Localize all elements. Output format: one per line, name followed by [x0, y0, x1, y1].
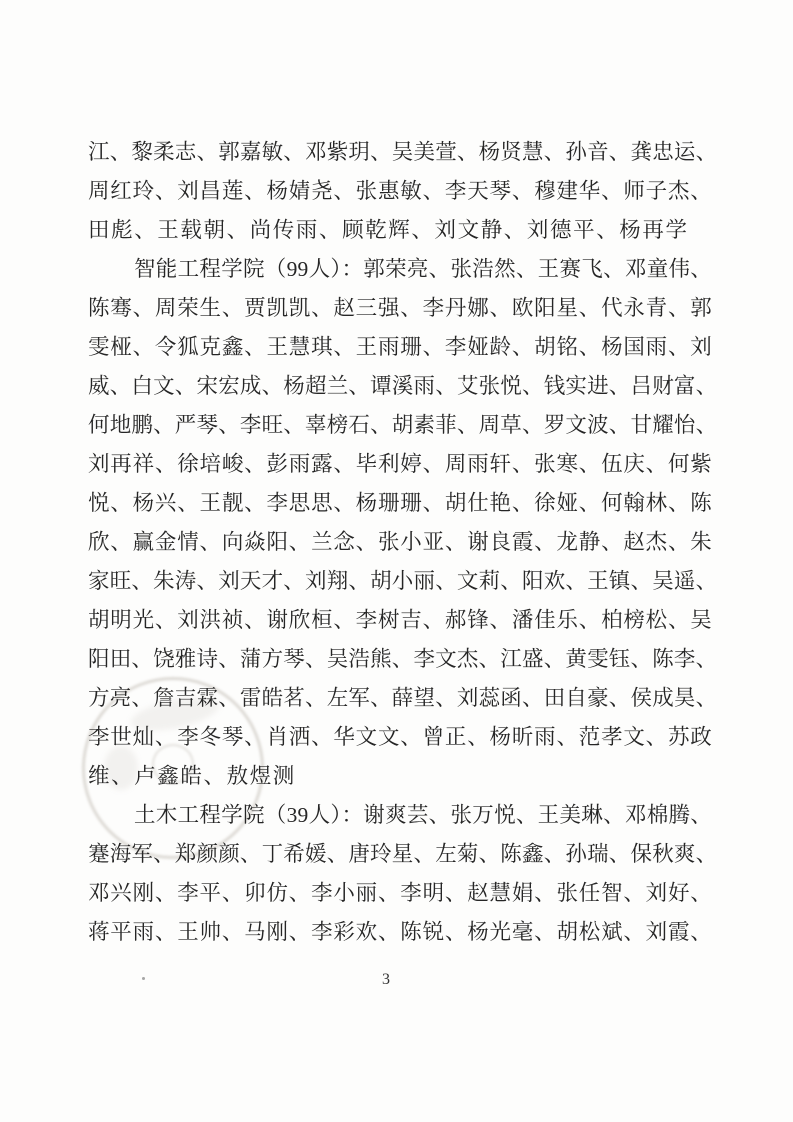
text-line: 雯桠、令狐克鑫、王慧琪、王雨珊、李娅龄、胡铭、杨国雨、刘: [88, 328, 712, 367]
name-list-text-block: 江、黎柔志、郭嘉敏、邓紫玥、吴美萱、杨贤慧、孙音、龚忠运、周红玲、刘昌莲、杨婧尧…: [88, 133, 712, 952]
text-line: 蒋平雨、王帅、马刚、李彩欢、陈锐、杨光毫、胡松斌、刘霞、: [88, 913, 712, 952]
text-line: 阳田、饶雅诗、蒲方琴、吴浩熊、李文杰、江盛、黄雯钰、陈李、: [88, 640, 712, 679]
text-line: 威、白文、宋宏成、杨超兰、谭溪雨、艾张悦、钱实进、吕财富、: [88, 367, 712, 406]
scanned-document-page: 江、黎柔志、郭嘉敏、邓紫玥、吴美萱、杨贤慧、孙音、龚忠运、周红玲、刘昌莲、杨婧尧…: [0, 0, 793, 1122]
text-line: 方亮、詹吉霖、雷皓茗、左军、薛望、刘蕊函、田自豪、侯成昊、: [88, 679, 712, 718]
text-line: 邓兴刚、李平、卯仿、李小丽、李明、赵慧娟、张任智、刘好、: [88, 874, 712, 913]
text-line: 欣、赢金情、向焱阳、兰念、张小亚、谢良霞、龙静、赵杰、朱: [88, 523, 712, 562]
text-line: 胡明光、刘洪祯、谢欣桓、李树吉、郝锋、潘佳乐、柏榜松、吴: [88, 601, 712, 640]
text-line: 悦、杨兴、王靓、李思思、杨珊珊、胡仕艳、徐娅、何翰林、陈: [88, 484, 712, 523]
text-line: 家旺、朱涛、刘天才、刘翔、胡小丽、文莉、阳欢、王镇、吴遥、: [88, 562, 712, 601]
text-line: 陈骞、周荣生、贾凯凯、赵三强、李丹娜、欧阳星、代永青、郭: [88, 289, 712, 328]
text-line: 刘再祥、徐培峻、彭雨露、毕利婷、周雨轩、张寒、伍庆、何紫: [88, 445, 712, 484]
text-line: 蹇海军、郑颜颜、丁希媛、唐玲星、左菊、陈鑫、孙瑞、保秋爽、: [88, 835, 712, 874]
paper-speck: [142, 977, 145, 980]
text-line: 维、卢鑫皓、敖煜测: [88, 757, 712, 796]
text-line: 周红玲、刘昌莲、杨婧尧、张惠敏、李天琴、穆建华、师子杰、: [88, 172, 712, 211]
page-number: 3: [0, 971, 772, 989]
text-line: 智能工程学院（99人）：郭荣亮、张浩然、王赛飞、邓童伟、: [88, 250, 712, 289]
text-line: 李世灿、李冬琴、肖洒、华文文、曾正、杨昕雨、范孝文、苏政: [88, 718, 712, 757]
text-line: 田彪、王载朝、尚传雨、顾乾辉、刘文静、刘德平、杨再学: [88, 211, 712, 250]
text-line: 江、黎柔志、郭嘉敏、邓紫玥、吴美萱、杨贤慧、孙音、龚忠运、: [88, 133, 712, 172]
text-line: 土木工程学院（39人）：谢爽芸、张万悦、王美琳、邓棉腾、: [88, 796, 712, 835]
text-line: 何地鹏、严琴、李旺、辜榜石、胡素菲、周草、罗文波、甘耀怡、: [88, 406, 712, 445]
